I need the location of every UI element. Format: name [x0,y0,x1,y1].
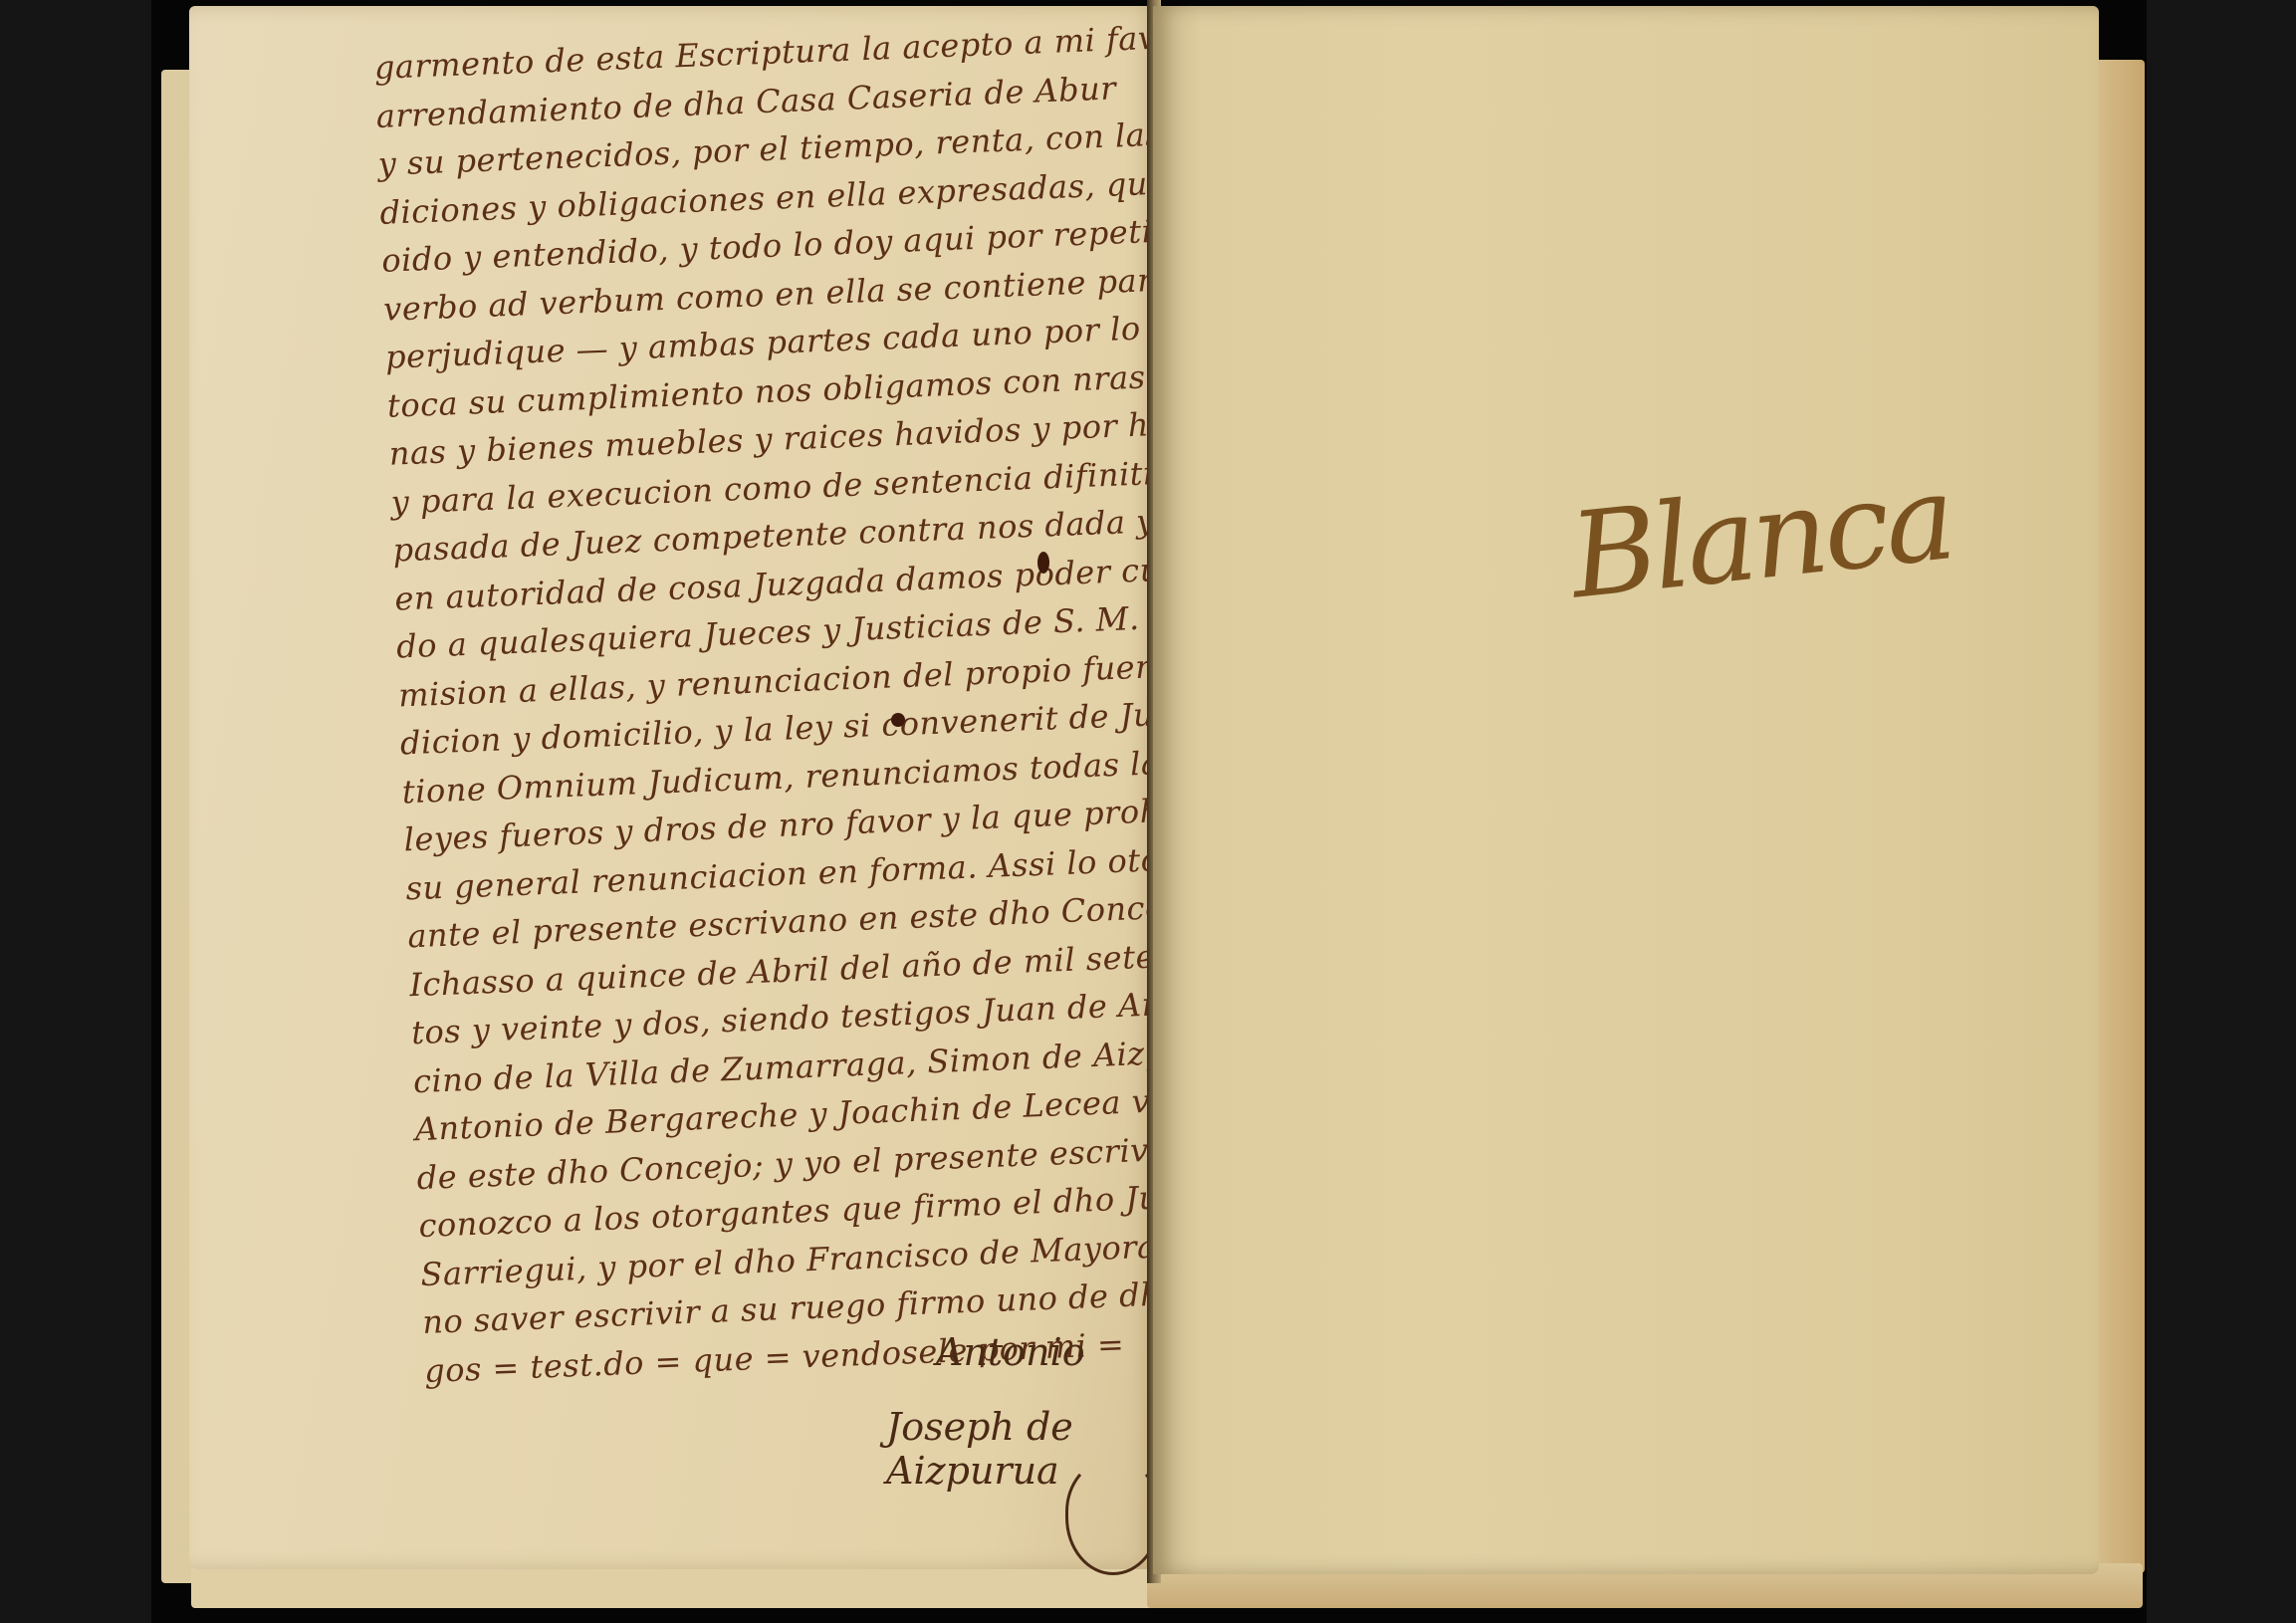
manuscript-text: garmento de esta Escriptura la acepto a … [373,15,1182,1395]
viewer-margin-left [0,0,151,1623]
ink-blot [891,713,905,727]
ink-blot [1037,552,1049,574]
left-page: garmento de esta Escriptura la acepto a … [189,6,1155,1569]
under-folio-edge-right [2093,60,2145,1573]
signature: Antonio [936,1330,1085,1374]
right-page [1153,6,2099,1574]
viewer-margin-right [2147,0,2296,1623]
signature-block: Antonio Joseph de Aizpurua [866,1310,1165,1549]
manuscript-scan: garmento de esta Escriptura la acepto a … [151,0,2147,1623]
